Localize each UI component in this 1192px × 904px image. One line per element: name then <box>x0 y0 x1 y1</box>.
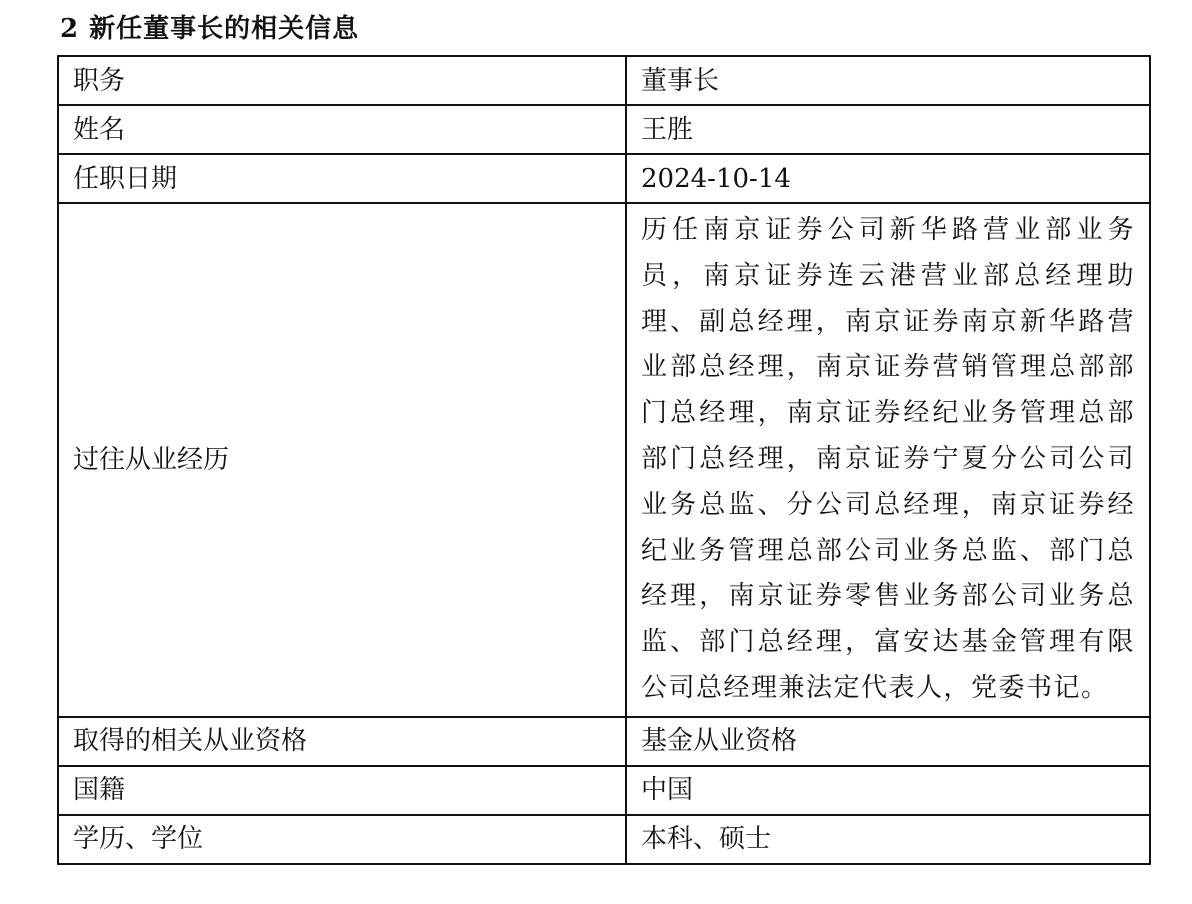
table-row-education: 学历、学位 本科、硕士 <box>58 815 1150 864</box>
row-label: 姓名 <box>58 105 626 154</box>
section-heading: 2 新任董事长的相关信息 <box>60 12 359 46</box>
row-label: 取得的相关从业资格 <box>58 717 626 766</box>
row-value: 王胜 <box>626 105 1150 154</box>
table-row-qualification: 取得的相关从业资格 基金从业资格 <box>58 717 1150 766</box>
row-label: 国籍 <box>58 766 626 815</box>
table-row-name: 姓名 王胜 <box>58 105 1150 154</box>
chairman-info-table: 职务 董事长 姓名 王胜 任职日期 2024-10-14 过往从业经历 历任南京… <box>57 55 1151 865</box>
row-value: 本科、硕士 <box>626 815 1150 864</box>
table-row-appointment-date: 任职日期 2024-10-14 <box>58 154 1150 203</box>
row-label: 过往从业经历 <box>58 203 626 717</box>
row-value: 董事长 <box>626 56 1150 105</box>
row-value: 基金从业资格 <box>626 717 1150 766</box>
row-label: 学历、学位 <box>58 815 626 864</box>
table-row-work-history: 过往从业经历 历任南京证券公司新华路营业部业务员，南京证券连云港营业部总经理助理… <box>58 203 1150 717</box>
row-value: 中国 <box>626 766 1150 815</box>
row-label: 任职日期 <box>58 154 626 203</box>
table-row-position: 职务 董事长 <box>58 56 1150 105</box>
row-label: 职务 <box>58 56 626 105</box>
row-value: 2024-10-14 <box>626 154 1150 203</box>
row-value: 历任南京证券公司新华路营业部业务员，南京证券连云港营业部总经理助理、副总经理，南… <box>626 203 1150 717</box>
table-row-nationality: 国籍 中国 <box>58 766 1150 815</box>
